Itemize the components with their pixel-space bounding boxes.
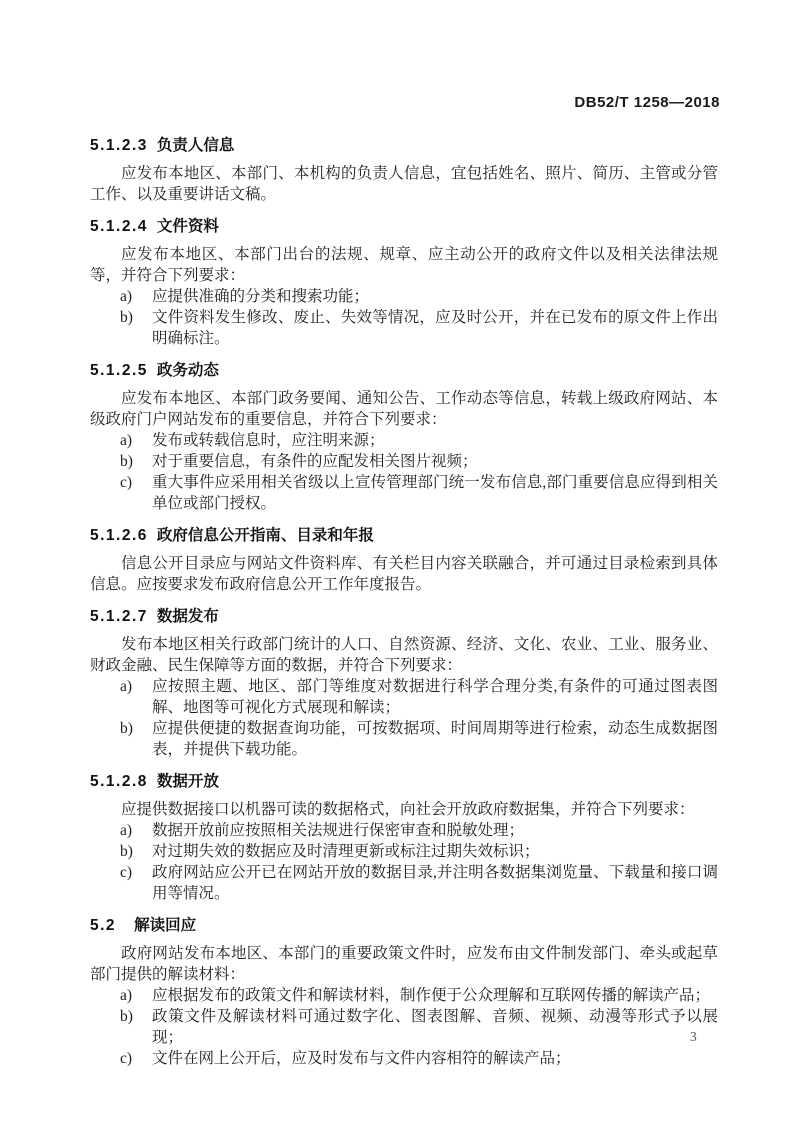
list-item: a) 发布或转载信息时，应注明来源；: [90, 430, 718, 451]
doc-code-header: DB52/T 1258—2018: [574, 94, 720, 111]
requirement-list: a) 数据开放前应按照相关法规进行保密审查和脱敏处理； b) 对过期失效的数据应…: [90, 820, 718, 904]
section-data-opening: 5.1.2.8数据开放 应提供数据接口以机器可读的数据格式，向社会开放政府数据集…: [90, 771, 718, 904]
section-title: 数据发布: [157, 608, 219, 625]
section-government-affairs-news: 5.1.2.5政务动态 应发布本地区、本部门政务要闻、通知公告、工作动态等信息，…: [90, 360, 718, 514]
section-heading: 5.1.2.3负责人信息: [90, 135, 718, 157]
section-number: 5.1.2.4: [90, 218, 148, 235]
section-interpretation-response: 5.2解读回应 政府网站发布本地区、本部门的重要政策文件时，应发布由文件制发部门…: [90, 915, 718, 1069]
list-item-marker: c): [120, 862, 132, 883]
section-heading: 5.1.2.5政务动态: [90, 360, 718, 382]
list-item-text: 数据开放前应按照相关法规进行保密审查和脱敏处理；: [152, 822, 524, 839]
list-item: b) 政策文件及解读材料可通过数字化、图表图解、音频、视频、动漫等形式予以展现；: [90, 1006, 718, 1048]
list-item-marker: c): [120, 472, 132, 493]
list-item: b) 文件资料发生修改、废止、失效等情况，应及时公开，并在已发布的原文件上作出明…: [90, 307, 718, 349]
section-title: 解读回应: [134, 917, 196, 934]
list-item-text: 应按照主题、地区、部门等维度对数据进行科学合理分类,有条件的可通过图表图解、地图…: [152, 678, 718, 716]
section-paragraph: 应提供数据接口以机器可读的数据格式，向社会开放政府数据集，并符合下列要求：: [90, 799, 718, 820]
section-paragraph: 应发布本地区、本部门、本机构的负责人信息，宜包括姓名、照片、简历、主管或分管工作…: [90, 163, 718, 205]
list-item-text: 应提供便捷的数据查询功能，可按数据项、时间周期等进行检索，动态生成数据图表，并提…: [152, 720, 718, 758]
list-item-text: 发布或转载信息时，应注明来源；: [152, 432, 385, 449]
list-item-marker: b): [120, 841, 133, 862]
list-item-marker: a): [120, 286, 132, 307]
list-item-marker: c): [120, 1048, 132, 1069]
requirement-list: a) 应提供准确的分类和搜索功能； b) 文件资料发生修改、废止、失效等情况，应…: [90, 286, 718, 349]
section-heading: 5.1.2.6政府信息公开指南、目录和年报: [90, 525, 718, 547]
list-item: a) 数据开放前应按照相关法规进行保密审查和脱敏处理；: [90, 820, 718, 841]
list-item-marker: a): [120, 430, 132, 451]
section-title: 数据开放: [157, 773, 219, 790]
list-item-text: 政策文件及解读材料可通过数字化、图表图解、音频、视频、动漫等形式予以展现；: [152, 1008, 718, 1046]
list-item-text: 对于重要信息，有条件的应配发相关图片视频；: [152, 453, 478, 470]
list-item-marker: a): [120, 985, 132, 1006]
requirement-list: a) 应按照主题、地区、部门等维度对数据进行科学合理分类,有条件的可通过图表图解…: [90, 676, 718, 760]
list-item-text: 政府网站应公开已在网站开放的数据目录,并注明各数据集浏览量、下载量和接口调用等情…: [152, 864, 718, 902]
section-title: 政务动态: [157, 362, 219, 379]
requirement-list: a) 应根据发布的政策文件和解读材料，制作便于公众理解和互联网传播的解读产品； …: [90, 985, 718, 1069]
section-paragraph: 发布本地区相关行政部门统计的人口、自然资源、经济、文化、农业、工业、服务业、财政…: [90, 634, 718, 676]
section-paragraph: 应发布本地区、本部门出台的法规、规章、应主动公开的政府文件以及相关法律法规等，并…: [90, 244, 718, 286]
section-title: 文件资料: [157, 218, 219, 235]
section-heading: 5.1.2.8数据开放: [90, 771, 718, 793]
list-item: c) 政府网站应公开已在网站开放的数据目录,并注明各数据集浏览量、下载量和接口调…: [90, 862, 718, 904]
section-number: 5.1.2.7: [90, 608, 148, 625]
section-info-disclosure-guide: 5.1.2.6政府信息公开指南、目录和年报 信息公开目录应与网站文件资料库、有关…: [90, 525, 718, 595]
section-paragraph: 信息公开目录应与网站文件资料库、有关栏目内容关联融合，并可通过目录检索到具体信息…: [90, 553, 718, 595]
list-item-text: 文件资料发生修改、废止、失效等情况，应及时公开，并在已发布的原文件上作出明确标注…: [152, 309, 718, 347]
section-paragraph: 政府网站发布本地区、本部门的重要政策文件时，应发布由文件制发部门、牵头或起草部门…: [90, 943, 718, 985]
list-item: a) 应按照主题、地区、部门等维度对数据进行科学合理分类,有条件的可通过图表图解…: [90, 676, 718, 718]
list-item: b) 应提供便捷的数据查询功能，可按数据项、时间周期等进行检索，动态生成数据图表…: [90, 718, 718, 760]
list-item-marker: a): [120, 676, 132, 697]
section-number: 5.1.2.8: [90, 773, 148, 790]
section-title: 负责人信息: [157, 137, 235, 154]
section-responsible-person-info: 5.1.2.3负责人信息 应发布本地区、本部门、本机构的负责人信息，宜包括姓名、…: [90, 135, 718, 205]
section-number: 5.1.2.3: [90, 137, 148, 154]
document-page: DB52/T 1258—2018 5.1.2.3负责人信息 应发布本地区、本部门…: [0, 0, 793, 1122]
list-item-marker: b): [120, 718, 133, 739]
list-item-text: 文件在网上公开后，应及时发布与文件内容相符的解读产品；: [152, 1050, 571, 1067]
list-item-text: 应根据发布的政策文件和解读材料，制作便于公众理解和互联网传播的解读产品；: [152, 987, 710, 1004]
section-paragraph: 应发布本地区、本部门政务要闻、通知公告、工作动态等信息，转载上级政府网站、本级政…: [90, 388, 718, 430]
section-number: 5.2: [90, 917, 116, 934]
list-item-marker: b): [120, 307, 133, 328]
list-item: a) 应根据发布的政策文件和解读材料，制作便于公众理解和互联网传播的解读产品；: [90, 985, 718, 1006]
list-item-marker: a): [120, 820, 132, 841]
section-data-publishing: 5.1.2.7数据发布 发布本地区相关行政部门统计的人口、自然资源、经济、文化、…: [90, 606, 718, 760]
section-number: 5.1.2.6: [90, 527, 148, 544]
section-heading: 5.2解读回应: [90, 915, 718, 937]
section-heading: 5.1.2.4文件资料: [90, 216, 718, 238]
list-item-text: 重大事件应采用相关省级以上宣传管理部门统一发布信息,部门重要信息应得到相关单位或…: [152, 474, 718, 512]
list-item: b) 对于重要信息，有条件的应配发相关图片视频；: [90, 451, 718, 472]
section-title: 政府信息公开指南、目录和年报: [157, 527, 374, 544]
section-document-materials: 5.1.2.4文件资料 应发布本地区、本部门出台的法规、规章、应主动公开的政府文…: [90, 216, 718, 349]
page-number: 3: [690, 1029, 697, 1045]
list-item-marker: b): [120, 451, 133, 472]
list-item: a) 应提供准确的分类和搜索功能；: [90, 286, 718, 307]
section-number: 5.1.2.5: [90, 362, 148, 379]
list-item-text: 对过期失效的数据应及时清理更新或标注过期失效标识；: [152, 843, 540, 860]
list-item: b) 对过期失效的数据应及时清理更新或标注过期失效标识；: [90, 841, 718, 862]
document-content: 5.1.2.3负责人信息 应发布本地区、本部门、本机构的负责人信息，宜包括姓名、…: [90, 124, 718, 1069]
list-item-marker: b): [120, 1006, 133, 1027]
list-item: c) 文件在网上公开后，应及时发布与文件内容相符的解读产品；: [90, 1048, 718, 1069]
list-item: c) 重大事件应采用相关省级以上宣传管理部门统一发布信息,部门重要信息应得到相关…: [90, 472, 718, 514]
list-item-text: 应提供准确的分类和搜索功能；: [152, 288, 369, 305]
section-heading: 5.1.2.7数据发布: [90, 606, 718, 628]
requirement-list: a) 发布或转载信息时，应注明来源； b) 对于重要信息，有条件的应配发相关图片…: [90, 430, 718, 514]
